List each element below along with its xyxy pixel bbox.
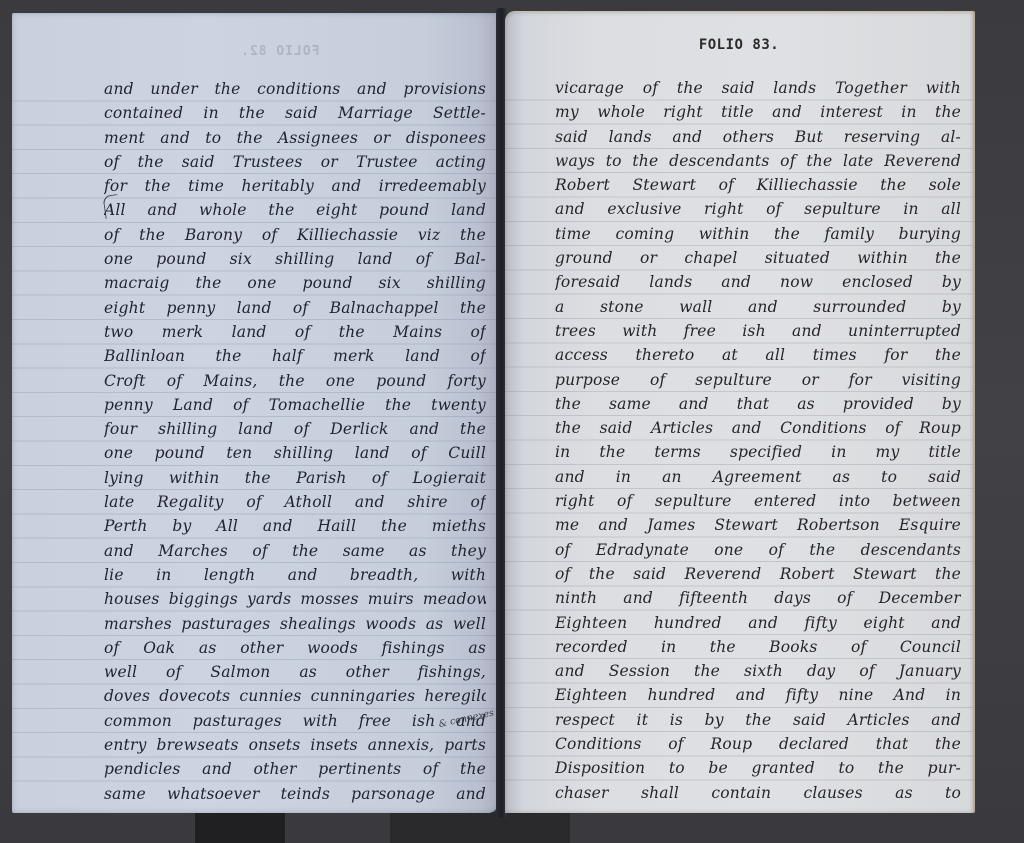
text-line: Disposition to be granted to the pur- <box>555 756 961 780</box>
text-line: same whatsoever teinds parsonage and <box>104 782 486 806</box>
text-line: of the Barony of Killiechassie viz the <box>104 223 486 247</box>
text-line: me and James Stewart Robertson Esquire <box>555 513 961 537</box>
text-line: ground or chapel situated within the <box>555 246 961 270</box>
text-line: Ballinloan the half merk land of <box>104 344 486 368</box>
text-line: lie in length and breadth, with <box>104 563 486 587</box>
text-line: well of Salmon as other fishings, <box>104 660 486 684</box>
folio-number: FOLIO 83. <box>505 37 973 53</box>
right-page-text: vicarage of the said lands Together with… <box>555 76 961 805</box>
text-line: in the terms specified in my title <box>555 440 961 464</box>
right-page: FOLIO 83. vicarage of the said lands Tog… <box>505 11 975 813</box>
text-line: late Regality of Atholl and shire of <box>104 490 486 514</box>
text-line: recorded in the Books of Council <box>555 635 961 659</box>
text-line: ment and to the Assignees or disponees <box>104 126 486 150</box>
text-line: and under the conditions and provisions <box>104 77 486 101</box>
text-line: Eighteen hundred and fifty nine And in <box>555 683 961 707</box>
text-line: of the said Reverend Robert Stewart the <box>555 562 961 586</box>
text-line: and exclusive right of sepulture in all <box>555 197 961 221</box>
text-line: vicarage of the said lands Together with <box>555 76 961 100</box>
book-spine-shadow <box>195 810 285 843</box>
text-line: Robert Stewart of Killiechassie the sole <box>555 173 961 197</box>
left-page-text: and under the conditions and provisions … <box>104 77 486 806</box>
text-line: one pound ten shilling land of Cuill <box>104 441 486 465</box>
text-line: lying within the Parish of Logierait <box>104 466 486 490</box>
text-line: for the time heritably and irredeemably <box>104 174 486 198</box>
text-line: Croft of Mains, the one pound forty <box>104 369 486 393</box>
text-line: eight penny land of Balnachappel the <box>104 296 486 320</box>
text-line: of the said Trustees or Trustee acting <box>104 150 486 174</box>
text-line: ninth and fifteenth days of December <box>555 586 961 610</box>
text-line: Eighteen hundred and fifty eight and <box>555 611 961 635</box>
text-line: penny Land of Tomachellie the twenty <box>104 393 486 417</box>
text-line: said lands and others But reserving al- <box>555 125 961 149</box>
text-line: ways to the descendants of the late Reve… <box>555 149 961 173</box>
text-line: the same and that as provided by <box>555 392 961 416</box>
text-line: respect it is by the said Articles and <box>555 708 961 732</box>
text-line: trees with free ish and uninterrupted <box>555 319 961 343</box>
text-line: doves dovecots cunnies cunningaries here… <box>104 684 486 708</box>
text-line: of Oak as other woods fishings as <box>104 636 486 660</box>
text-line: and in an Agreement as to said <box>555 465 961 489</box>
text-line: and Session the sixth day of January <box>555 659 961 683</box>
text-line: purpose of sepulture or for visiting <box>555 368 961 392</box>
text-line: foresaid lands and now enclosed by <box>555 270 961 294</box>
text-line: Perth by All and Haill the mieths <box>104 514 486 538</box>
text-line: and Marches of the same as they <box>104 539 486 563</box>
text-line: common pasturages with free ish and <box>104 709 486 733</box>
text-line: All and whole the eight pound land <box>104 198 486 222</box>
text-line: four shilling land of Derlick and the <box>104 417 486 441</box>
text-line: a stone wall and surrounded by <box>555 295 961 319</box>
text-line: chaser shall contain clauses as to <box>555 781 961 805</box>
text-line: time coming within the family burying <box>555 222 961 246</box>
book-spine-shadow-right <box>390 812 570 843</box>
text-line: of Edradynate one of the descendants <box>555 538 961 562</box>
text-line: entry brewseats onsets insets annexis, p… <box>104 733 486 757</box>
text-line: pendicles and other pertinents of the <box>104 757 486 781</box>
text-line: houses biggings yards mosses muirs meado… <box>104 587 486 611</box>
text-line: two merk land of the Mains of <box>104 320 486 344</box>
text-line: right of sepulture entered into between <box>555 489 961 513</box>
text-line: the said Articles and Conditions of Roup <box>555 416 961 440</box>
text-line: marshes pasturages shealings woods as we… <box>104 612 486 636</box>
text-line: access thereto at all times for the <box>555 343 961 367</box>
text-line: Conditions of Roup declared that the <box>555 732 961 756</box>
text-line: one pound six shilling land of Bal- <box>104 247 486 271</box>
text-line: contained in the said Marriage Settle- <box>104 101 486 125</box>
text-line: macraig the one pound six shilling <box>104 271 486 295</box>
text-line: my whole right title and interest in the <box>555 100 961 124</box>
left-page: FOLIO 82. and under the conditions and p… <box>12 13 498 813</box>
folio-bleedthrough: FOLIO 82. <box>240 44 319 59</box>
